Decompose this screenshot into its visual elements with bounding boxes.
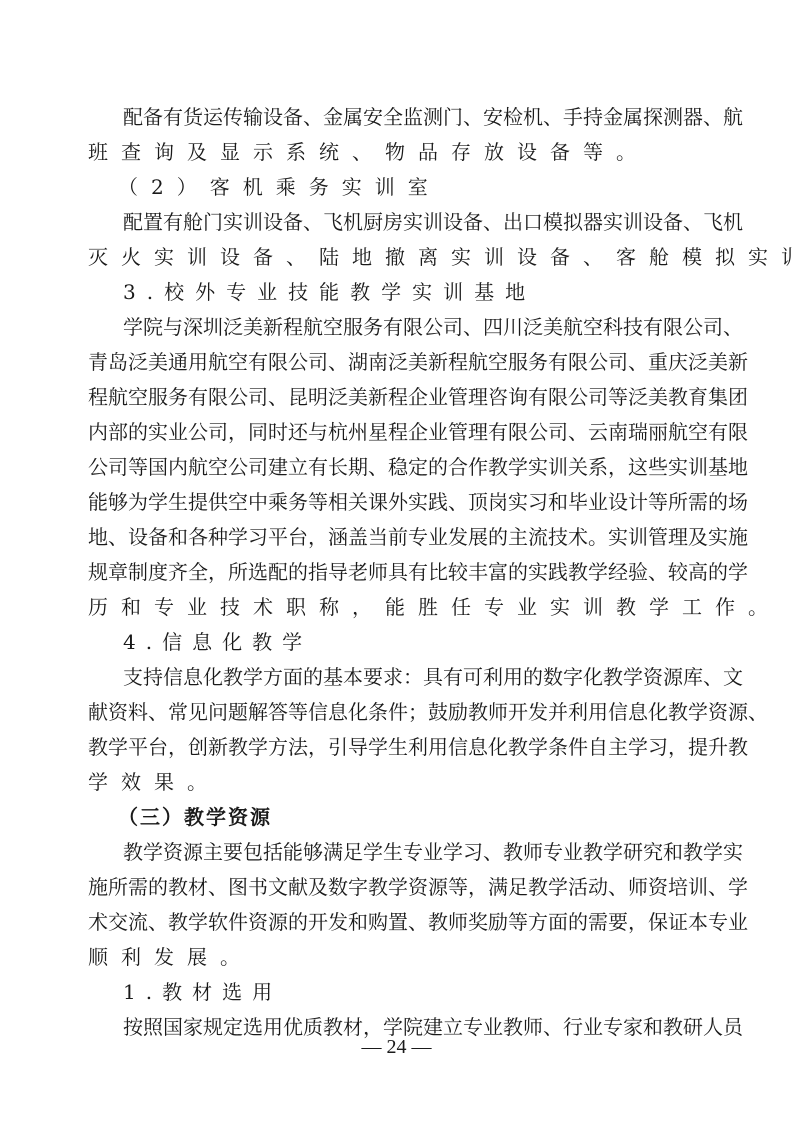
paragraph-line: 施所需的教材、图书文献及数字教学资源等，满足教学活动、师资培训、学	[88, 870, 708, 905]
page-number: — 24 —	[0, 1036, 793, 1059]
paragraph-line: 学院与深圳泛美新程航空服务有限公司、四川泛美航空科技有限公司、	[123, 310, 708, 345]
paragraph-line: 献资料、常见问题解答等信息化条件；鼓励教师开发并利用信息化教学资源、	[88, 695, 708, 730]
paragraph-line: 术交流、教学软件资源的开发和购置、教师奖励等方面的需要，保证本专业	[88, 905, 708, 940]
paragraph-line: 支持信息化教学方面的基本要求：具有可利用的数字化教学资源库、文	[123, 660, 708, 695]
paragraph-line: 青岛泛美通用航空有限公司、湖南泛美新程航空服务有限公司、重庆泛美新	[88, 345, 708, 380]
paragraph-line: 学效果。	[88, 765, 708, 800]
paragraph-line: 地、设备和各种学习平台，涵盖当前专业发展的主流技术。实训管理及实施	[88, 520, 708, 555]
paragraph-line: 内部的实业公司，同时还与杭州星程企业管理有限公司、云南瑞丽航空有限	[88, 415, 708, 450]
document-page: 配备有货运传输设备、金属安全监测门、安检机、手持金属探测器、航 班查询及显示系统…	[0, 0, 793, 1122]
paragraph-line: 教学资源主要包括能够满足学生专业学习、教师专业教学研究和教学实	[123, 835, 708, 870]
paragraph-line: 配备有货运传输设备、金属安全监测门、安检机、手持金属探测器、航	[123, 100, 708, 135]
paragraph-line: 历和专业技术职称，能胜任专业实训教学工作。	[88, 590, 708, 625]
paragraph-line: 顺利发展。	[88, 940, 708, 975]
paragraph-line: 能够为学生提供空中乘务等相关课外实践、顶岗实习和毕业设计等所需的场	[88, 485, 708, 520]
section-heading: 3.校外专业技能教学实训基地	[123, 275, 708, 310]
section-heading: 4.信息化教学	[123, 625, 708, 660]
paragraph-line: 配置有舱门实训设备、飞机厨房实训设备、出口模拟器实训设备、飞机	[123, 205, 708, 240]
section-heading: 1.教材选用	[123, 975, 708, 1010]
subsection-heading: （2）客机乘务实训室	[118, 170, 703, 205]
paragraph-line: 班查询及显示系统、物品存放设备等。	[88, 135, 708, 170]
paragraph-line: 灭火实训设备、陆地撤离实训设备、客舱模拟实训设备等。	[88, 240, 708, 275]
paragraph-line: 程航空服务有限公司、昆明泛美新程企业管理咨询有限公司等泛美教育集团	[88, 380, 708, 415]
paragraph-line: 公司等国内航空公司建立有长期、稳定的合作教学实训关系，这些实训基地	[88, 450, 708, 485]
paragraph-line: 教学平台，创新教学方法，引导学生利用信息化教学条件自主学习，提升教	[88, 730, 708, 765]
paragraph-line: 规章制度齐全，所选配的指导老师具有比较丰富的实践教学经验、较高的学	[88, 555, 708, 590]
chapter-heading: （三）教学资源	[118, 800, 703, 835]
